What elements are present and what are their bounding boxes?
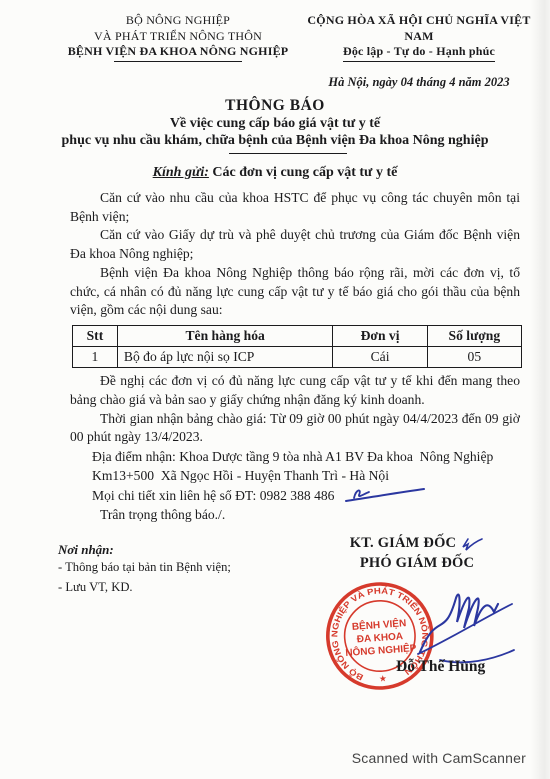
- recipients-label: Nơi nhận:: [58, 542, 310, 558]
- table-header-stt: Stt: [73, 326, 118, 347]
- items-table: Stt Tên hàng hóa Đơn vị Số lượng 1 Bộ đo…: [72, 325, 522, 368]
- cell-unit: Cái: [333, 347, 427, 368]
- document-body: Căn cứ vào nhu cầu của khoa HSTC để phục…: [0, 181, 550, 524]
- paragraph-basis-1: Căn cứ vào nhu cầu của khoa HSTC để phục…: [70, 189, 520, 227]
- salutation-line: Kính gửi: Các đơn vị cung cấp vật tư y t…: [0, 165, 550, 181]
- national-header-block: CỘNG HÒA XÃ HỘI CHỦ NGHĨA VIỆT NAM Độc l…: [298, 13, 540, 90]
- table-header-item-name: Tên hàng hóa: [117, 326, 333, 347]
- cell-quantity: 05: [427, 347, 521, 368]
- date-line: Hà Nội, ngày 04 tháng 4 năm 2023: [298, 75, 540, 90]
- camscanner-watermark: Scanned with CamScanner: [352, 750, 526, 766]
- document-subtitle-2: phục vụ nhu cầu khám, chữa bệnh của Bệnh…: [0, 132, 550, 150]
- paragraph-invitation: Bệnh viện Đa khoa Nông Nghiệp thông báo …: [70, 264, 520, 320]
- ministry-name-line1: BỘ NÔNG NGHIỆP: [58, 13, 298, 29]
- recipients-block: Nơi nhận: - Thông báo tại bản tin Bệnh v…: [58, 534, 310, 716]
- cell-item-name: Bộ đo áp lực nội sọ ICP: [117, 347, 333, 368]
- national-motto: Độc lập - Tự do - Hạnh phúc: [343, 44, 495, 62]
- document-header: BỘ NÔNG NGHIỆP VÀ PHÁT TRIỂN NÔNG THÔN B…: [0, 0, 550, 90]
- hospital-name-underline: [114, 61, 242, 62]
- title-block: THÔNG BÁO Về việc cung cấp báo giá vật t…: [0, 97, 550, 154]
- signature-block: KT. GIÁM ĐỐC PHÓ GIÁM ĐỐC BỘ NÔNG NGHIỆP…: [310, 534, 550, 716]
- issuing-agency-block: BỘ NÔNG NGHIỆP VÀ PHÁT TRIỂN NÔNG THÔN B…: [58, 13, 298, 90]
- paragraph-location-line2: Km13+500 Xã Ngọc Hồi - Huyện Thanh Trì -…: [92, 466, 520, 485]
- hospital-name: BỆNH VIỆN ĐA KHOA NÔNG NGHIỆP: [58, 44, 298, 60]
- signer-title-acting: KT. GIÁM ĐỐC: [350, 534, 456, 553]
- handwritten-initial-icon: [456, 536, 484, 554]
- paragraph-time: Thời gian nhận bảng chào giá: Từ 09 giờ …: [70, 410, 520, 448]
- stamp-text-line2: ĐA KHOA: [357, 631, 404, 645]
- paragraph-contact: Mọi chi tiết xin liên hệ số ĐT: 0982 388…: [92, 485, 520, 505]
- table-header-quantity: Số lượng: [427, 326, 521, 347]
- cell-stt: 1: [73, 347, 118, 368]
- stamp-text-line3: NÔNG NGHIỆP: [345, 641, 417, 659]
- paragraph-closing: Trân trọng thông báo./.: [100, 505, 520, 524]
- document-subtitle-1: Về việc cung cấp báo giá vật tư y tế: [0, 115, 550, 133]
- recipient-item-2: - Lưu VT, KD.: [58, 578, 310, 598]
- table-row: 1 Bộ đo áp lực nội sọ ICP Cái 05: [73, 347, 522, 368]
- table-header-unit: Đơn vị: [333, 326, 427, 347]
- salutation-label: Kính gửi:: [153, 165, 209, 180]
- contact-phone-text: Mọi chi tiết xin liên hệ số ĐT: 0982 388…: [92, 486, 334, 505]
- national-title: CỘNG HÒA XÃ HỘI CHỦ NGHĨA VIỆT NAM: [298, 13, 540, 44]
- paragraph-location-line1: Địa điểm nhận: Khoa Dược tầng 9 tòa nhà …: [92, 447, 520, 466]
- document-footer: Nơi nhận: - Thông báo tại bản tin Bệnh v…: [0, 534, 550, 716]
- signer-title-deputy: PHÓ GIÁM ĐỐC: [310, 554, 524, 573]
- document-title: THÔNG BÁO: [0, 97, 550, 115]
- recipient-item-1: - Thông báo tại bản tin Bệnh viện;: [58, 558, 310, 578]
- handwritten-mark-icon: [342, 485, 426, 505]
- salutation-text: Các đơn vị cung cấp vật tư y tế: [209, 165, 397, 180]
- table-header-row: Stt Tên hàng hóa Đơn vị Số lượng: [73, 326, 522, 347]
- ministry-name-line2: VÀ PHÁT TRIỂN NÔNG THÔN: [58, 29, 298, 45]
- document-page: BỘ NÔNG NGHIỆP VÀ PHÁT TRIỂN NÔNG THÔN B…: [0, 0, 550, 779]
- stamp-text-line1: BỆNH VIỆN: [351, 616, 406, 633]
- paragraph-requirements: Đề nghị các đơn vị có đủ năng lực cung c…: [70, 372, 520, 410]
- title-underline: [229, 153, 347, 154]
- stamp-star-icon: ★: [379, 673, 388, 684]
- paragraph-basis-2: Căn cứ vào Giấy dự trù và phê duyệt chủ …: [70, 226, 520, 264]
- signer-name: Đỗ Thế Hùng: [396, 658, 485, 676]
